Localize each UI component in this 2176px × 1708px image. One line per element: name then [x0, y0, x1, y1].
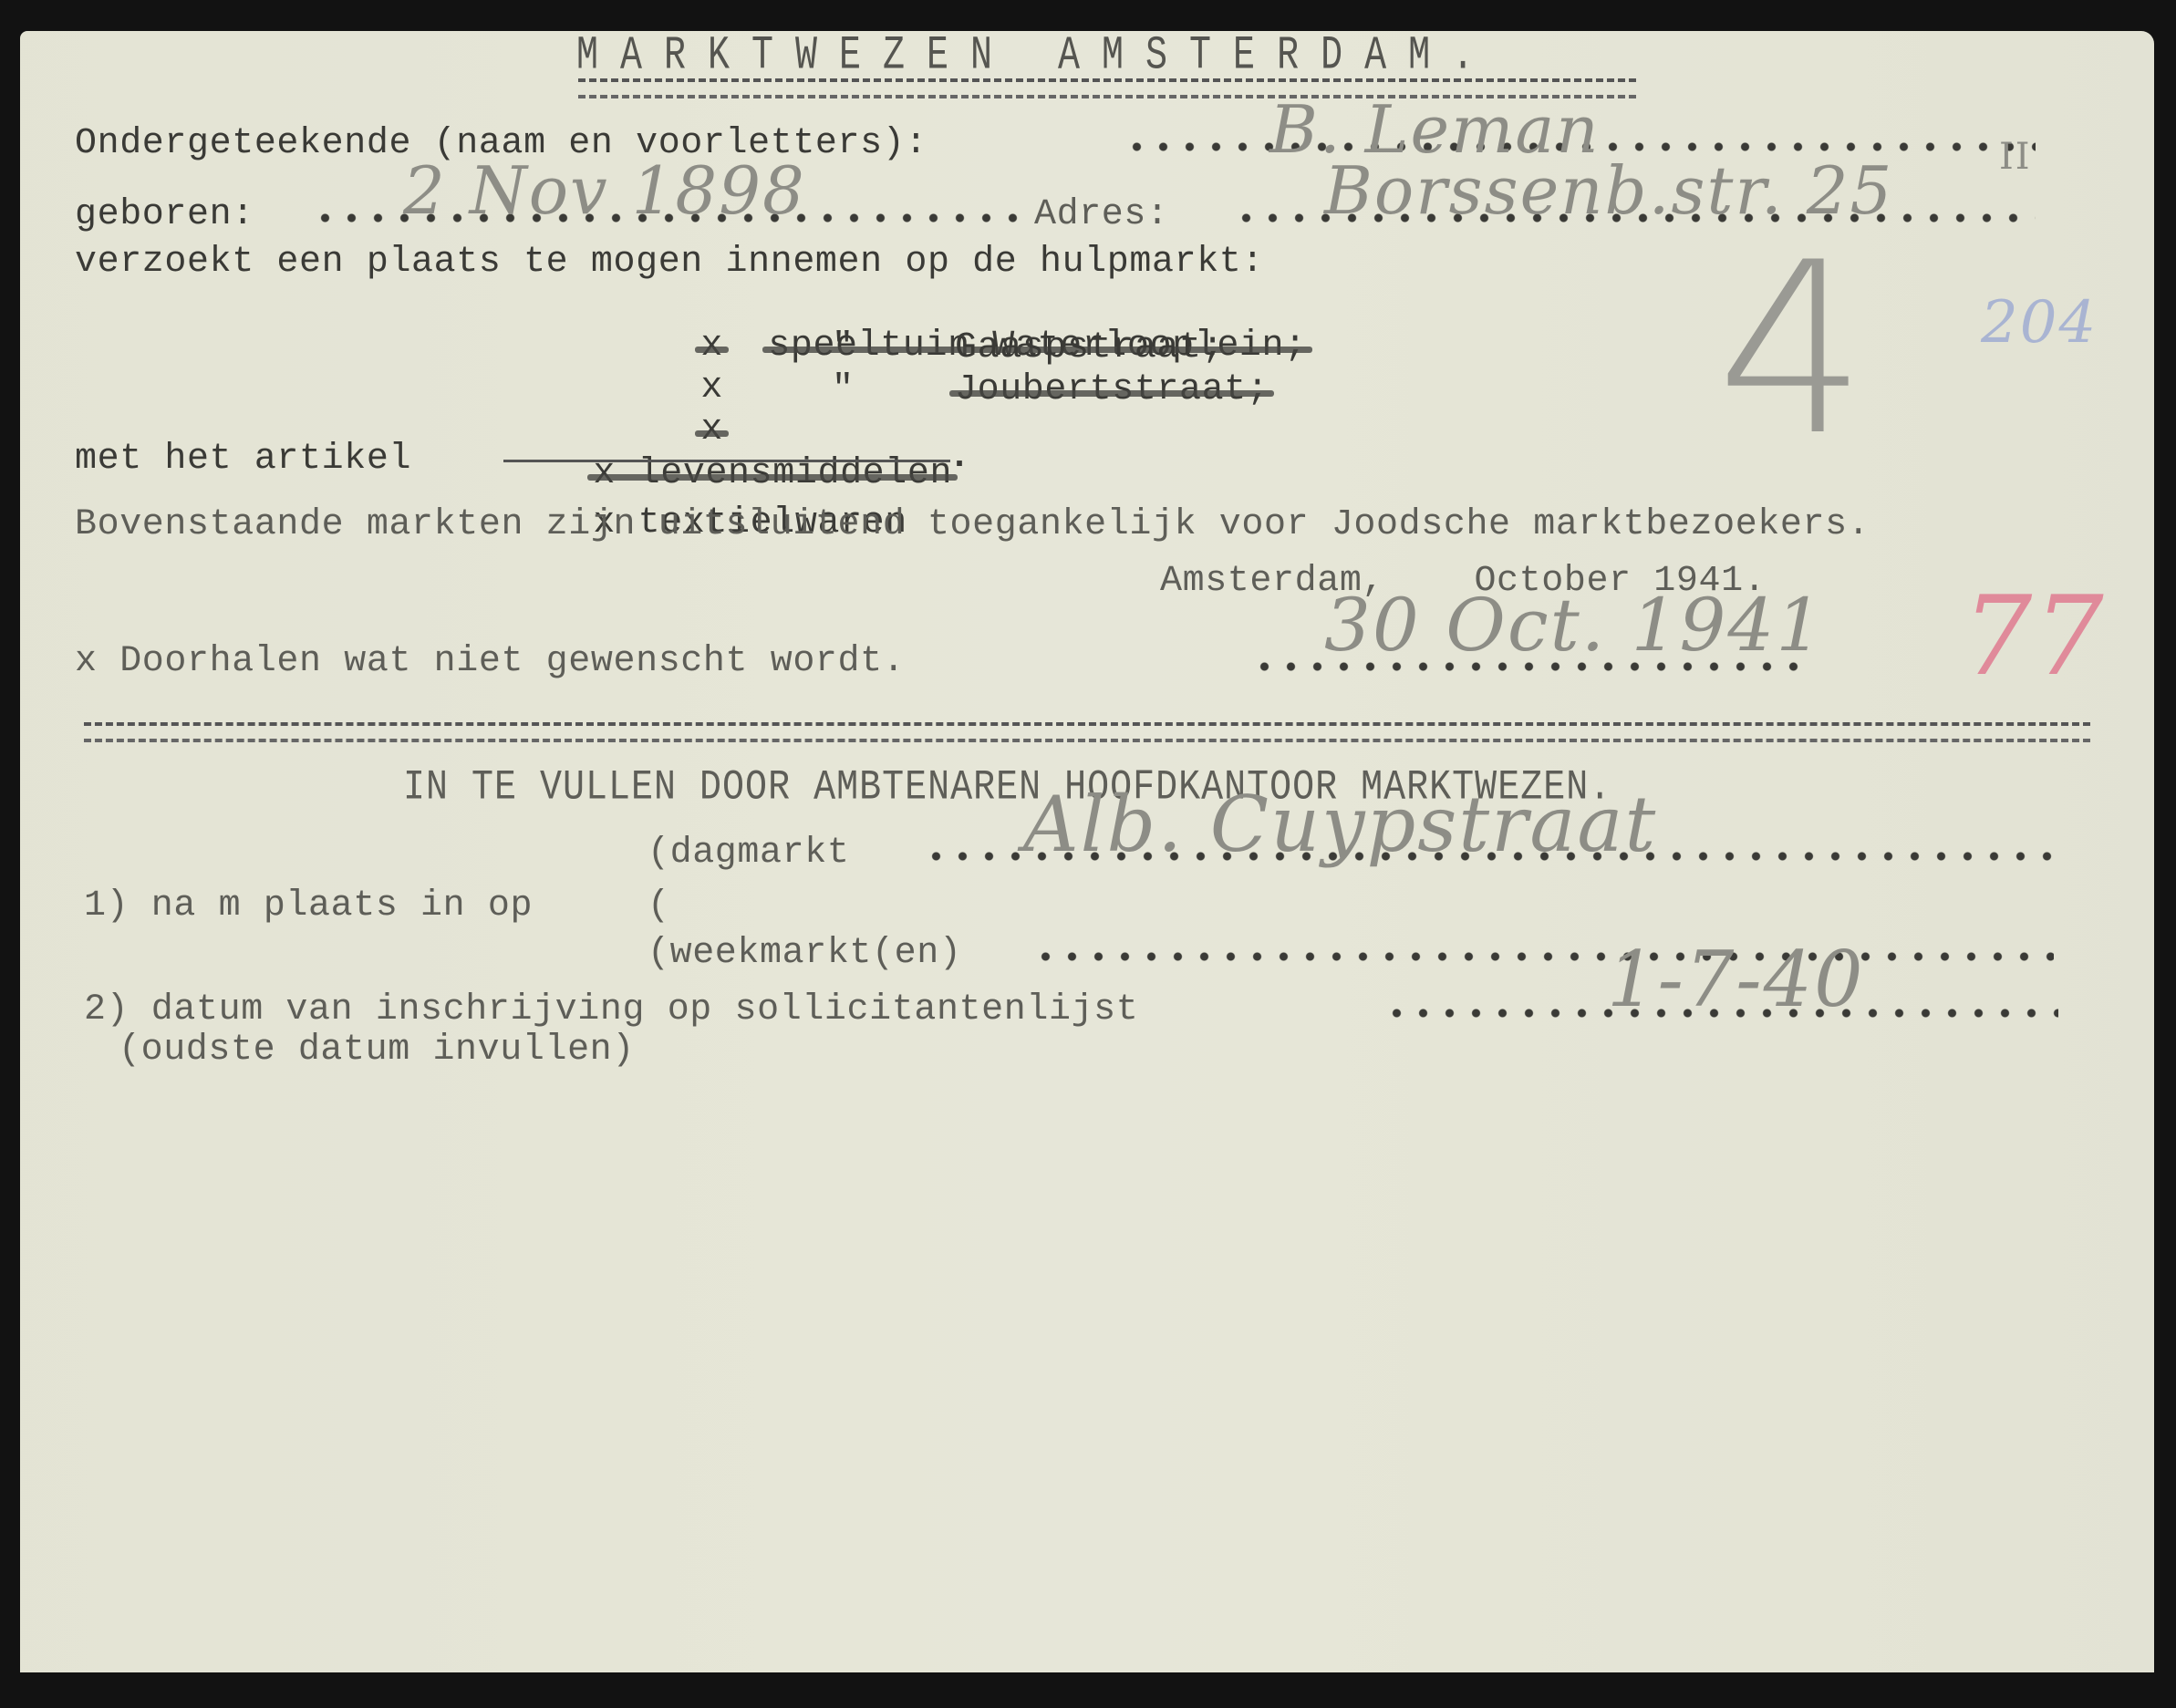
item2-note: (oudste datum invullen)	[119, 1030, 635, 1071]
weekmarket-field[interactable]	[1032, 952, 2054, 961]
item1-brace: (	[648, 886, 670, 926]
daymarket-handwritten: Alb. Cuypstraat	[1023, 788, 1657, 861]
blue-annotation-number: 204	[1981, 286, 2098, 359]
weekmarket-label: (weekmarkt(en)	[648, 934, 961, 974]
fraction-bar	[503, 460, 950, 462]
notice-text: Bovenstaande markten zijn uitsluitend to…	[75, 505, 1870, 545]
request-line: verzoekt een plaats te mogen innemen op …	[75, 243, 1264, 283]
pencil-annotation-number: 4	[1716, 232, 1869, 469]
date-handwritten: 30 Oct. 1941	[1324, 589, 1824, 662]
market-ditto-mark: "	[832, 328, 855, 368]
item1-label: 1) na m plaats in op	[84, 886, 533, 926]
item2-label: 2) datum van inschrijving op sollicitant…	[84, 990, 1138, 1030]
market-ditto-mark: "	[832, 370, 855, 410]
daymarket-label: (dagmarkt	[648, 833, 849, 874]
section-divider	[84, 722, 2090, 742]
born-label: geboren:	[75, 195, 254, 235]
market-option-label: Gaaspstraat;	[955, 328, 1224, 368]
registration-date-handwritten: 1-7-40	[1607, 943, 1865, 1016]
article-label: met het artikel	[75, 440, 411, 480]
strike-instruction: x Doorhalen wat niet gewenscht wordt.	[75, 642, 905, 682]
market-option-label: Joubertstraat;	[955, 370, 1269, 410]
born-handwritten: 2 Nov 1898	[403, 154, 806, 227]
document-title: MARKTWEZEN AMSTERDAM.	[576, 31, 1496, 83]
address-floor-suffix: II	[1999, 120, 2032, 193]
document-card: MARKTWEZEN AMSTERDAM. Ondergeteekende (n…	[20, 31, 2154, 1672]
red-annotation-number: 77	[1963, 578, 2106, 697]
article-terminator: .	[948, 438, 971, 478]
address-label: Adres:	[1034, 195, 1169, 235]
